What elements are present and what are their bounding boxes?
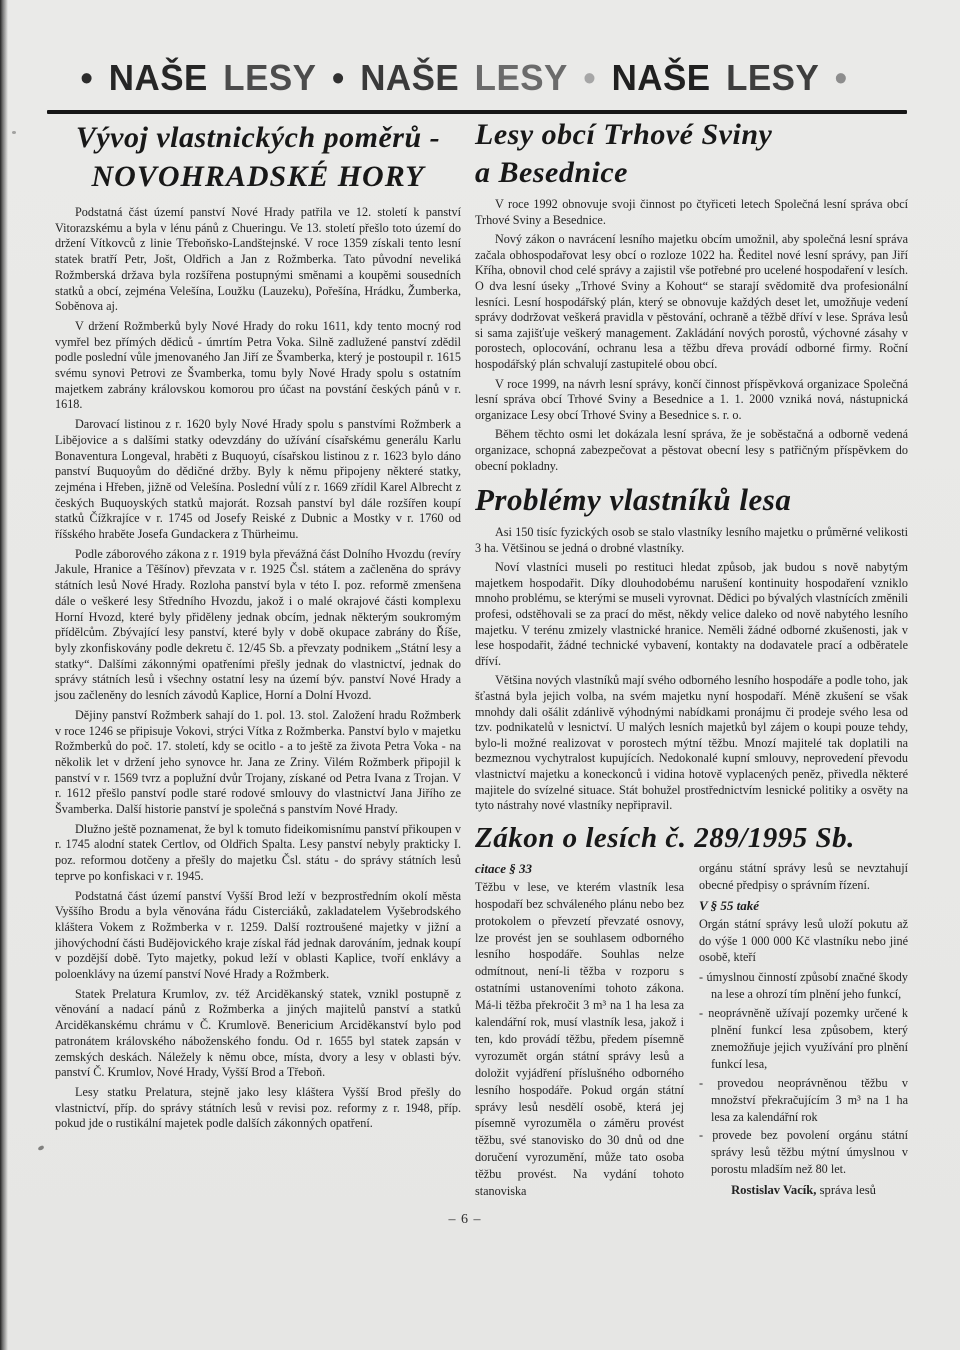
paragraph: V držení Rožmberků byly Nové Hrady do ro… [55, 319, 461, 413]
masthead: •NAŠELESY•NAŠELESY•NAŠELESY• [44, 56, 884, 100]
law-section-heading: V § 55 také [699, 897, 908, 914]
masthead-bullet: • [835, 56, 848, 100]
masthead-bullet: • [81, 56, 94, 100]
article-title-zakon: Zákon o lesích č. 289/1995 Sb. [475, 821, 908, 855]
masthead-word: LESY [223, 56, 316, 100]
masthead-word: NAŠE [360, 56, 459, 100]
law-penalty-lead: Orgán státní správy lesů uloží pokutu až… [699, 916, 908, 967]
masthead-word: LESY [726, 56, 819, 100]
title-line-2: a Besednice [475, 156, 628, 189]
law-subcolumns: citace § 33 Těžbu v lese, ve kterém vlas… [475, 860, 908, 1203]
paragraph: Asi 150 tisíc fyzických osob se stalo vl… [475, 525, 908, 556]
masthead-bullet: • [583, 56, 596, 100]
paragraph: Podle záborového zákona z r. 1919 byla p… [55, 547, 461, 704]
article-title-problemy: Problémy vlastníků lesa [475, 482, 908, 518]
scan-speck-artifact [12, 131, 16, 134]
article-title-novohradske: Vývoj vlastnických poměrů - NOVOHRADSKÉ … [55, 118, 461, 196]
article-zakon-o-lesich: Zákon o lesích č. 289/1995 Sb. citace § … [475, 821, 908, 1203]
article-problemy-vlastniku: Problémy vlastníků lesa Asi 150 tisíc fy… [475, 482, 908, 814]
author-role: správa lesů [816, 1183, 875, 1197]
paragraph: Dlužno ještě poznamenat, že byl k tomuto… [55, 822, 461, 885]
paragraph: Nový zákon o navrácení lesního majetku o… [475, 232, 908, 372]
page-number: – 6 – [0, 1212, 930, 1228]
paragraph: Podstatná část území panství Vyšší Brod … [55, 889, 461, 983]
masthead-word: NAŠE [612, 56, 711, 100]
article-novohradske-hory: Vývoj vlastnických poměrů - NOVOHRADSKÉ … [55, 116, 461, 1136]
paragraph: V roce 1999, na návrh lesní správy, konč… [475, 377, 908, 424]
two-column-layout: Vývoj vlastnických poměrů - NOVOHRADSKÉ … [55, 116, 908, 1203]
author-signature: Rostislav Vacík, správa lesů [699, 1182, 908, 1199]
title-line-1: Vývoj vlastnických poměrů - [76, 121, 440, 154]
masthead-bullet: • [332, 56, 345, 100]
law-citation-text: Těžbu v lese, ve kterém vlastník lesa ho… [475, 879, 684, 1200]
right-column: Lesy obcí Trhové Sviny a Besednice V roc… [475, 116, 908, 1203]
law-bullet-item: - úmyslnou činností způsobí značné škody… [699, 969, 908, 1003]
law-bullet-item: - provedou neoprávněnou těžbu v množství… [699, 1075, 908, 1126]
title-line-2: NOVOHRADSKÉ HORY [91, 160, 424, 193]
article-title-trhove: Lesy obcí Trhové Sviny a Besednice [475, 116, 908, 192]
paragraph: Podstatná část území panství Nové Hrady … [55, 205, 461, 315]
paragraph: Darovací listinou z r. 1620 byly Nové Hr… [55, 417, 461, 543]
paragraph: Většina nových vlastníků mají svého odbo… [475, 673, 908, 813]
title-line-1: Lesy obcí Trhové Sviny [475, 118, 772, 151]
paragraph: Statek Prelatura Krumlov, zv. též Arcidě… [55, 987, 461, 1081]
paragraph: Lesy statku Prelatura, stejně jako lesy … [55, 1085, 461, 1132]
paragraph: V roce 1992 obnovuje svoji činnost po čt… [475, 197, 908, 228]
masthead-word: NAŠE [109, 56, 208, 100]
scanned-newsletter-page: •NAŠELESY•NAŠELESY•NAŠELESY• Vývoj vlast… [0, 0, 960, 1350]
scan-edge-artifact [0, 0, 8, 1350]
article-trhove-sviny: Lesy obcí Trhové Sviny a Besednice V roc… [475, 116, 908, 474]
law-subcolumn-right: orgánu státní správy lesů se nevztahují … [699, 860, 908, 1203]
paragraph: Během těchto osmi let dokázala lesní spr… [475, 427, 908, 474]
paragraph: Dějiny panství Rožmberk sahají do 1. pol… [55, 708, 461, 818]
law-bullet-item: - neoprávněně užívají pozemky určené k p… [699, 1005, 908, 1073]
author-name: Rostislav Vacík, [731, 1183, 816, 1197]
law-citation-continuation: orgánu státní správy lesů se nevztahují … [699, 860, 908, 894]
masthead-word: LESY [475, 56, 568, 100]
scan-speck-artifact [38, 1145, 45, 1151]
law-citation-heading: citace § 33 [475, 860, 684, 877]
law-bullet-item: - provede bez povolení orgánu státní spr… [699, 1127, 908, 1178]
paragraph: Noví vlastníci museli po restituci hleda… [475, 560, 908, 669]
law-subcolumn-left: citace § 33 Těžbu v lese, ve kterém vlas… [475, 860, 684, 1203]
masthead-rule [47, 110, 907, 114]
